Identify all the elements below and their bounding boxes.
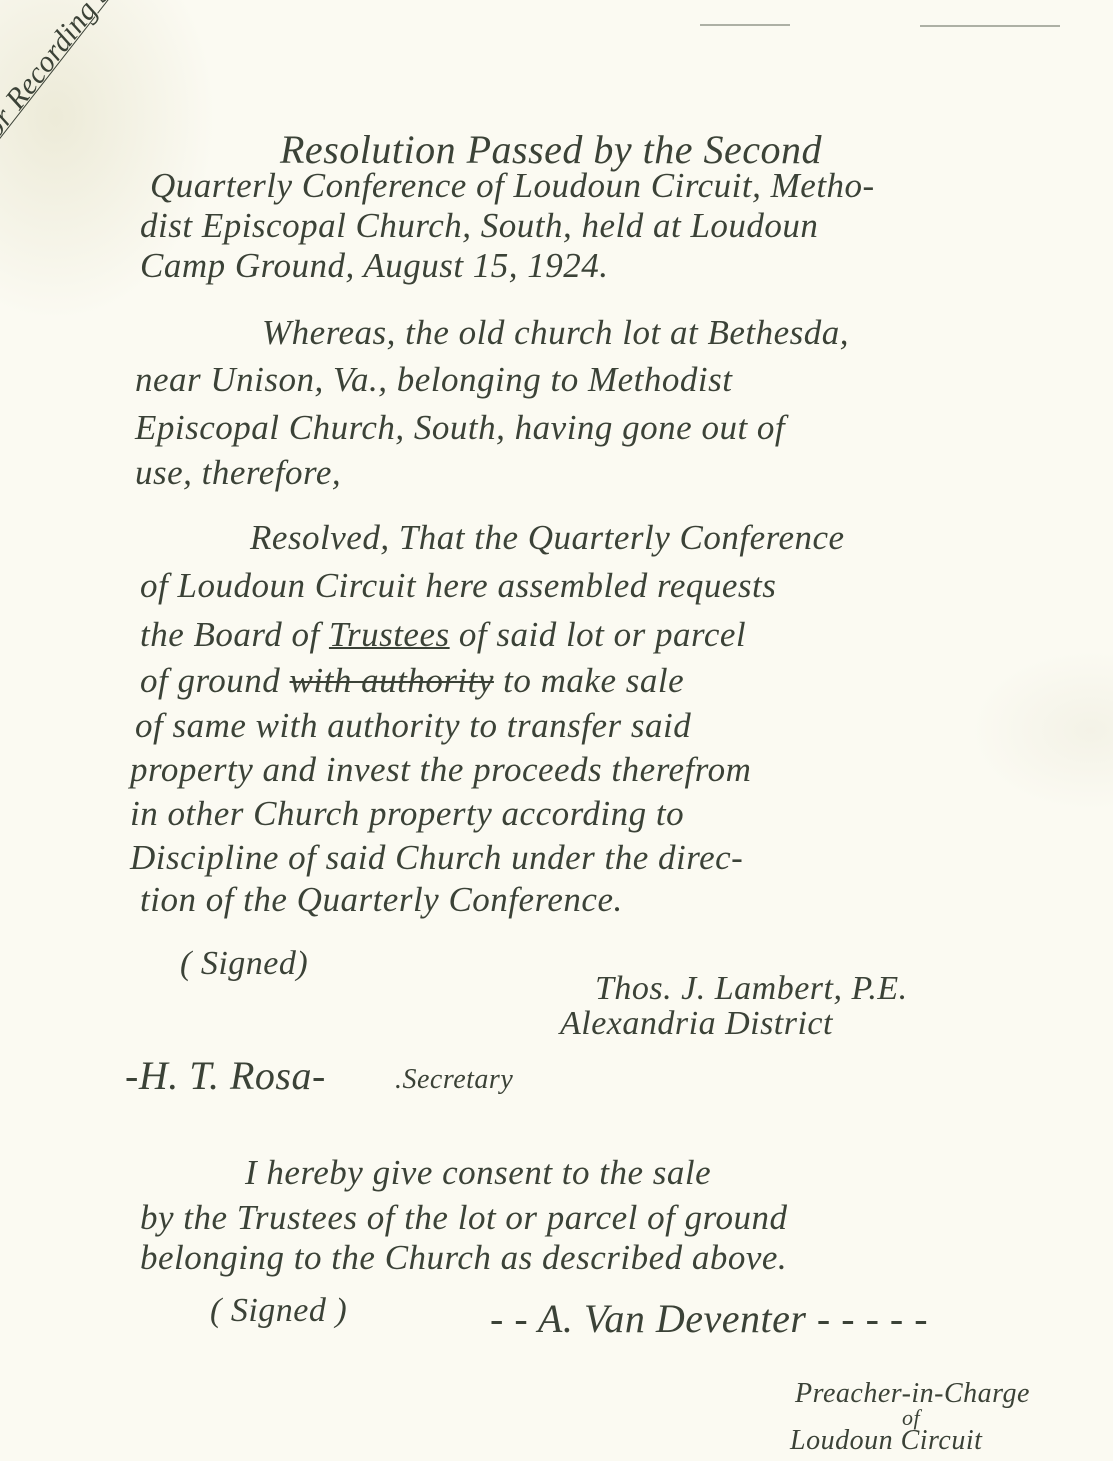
resolved-line-5: of same with authority to transfer said xyxy=(135,708,691,743)
whereas-line-4: use, therefore, xyxy=(135,455,341,490)
preacher-signature: - - A. Van Deventer - - - - - xyxy=(490,1295,928,1342)
whereas-line-2: near Unison, Va., belonging to Methodist xyxy=(135,362,732,397)
resolved-line-1: Resolved, That the Quarterly Conference xyxy=(250,520,845,555)
title-line-4: Camp Ground, August 15, 1924. xyxy=(140,248,609,283)
resolved-line-3b: of said lot or parcel xyxy=(450,615,747,654)
preacher-title-3: Loudoun Circuit xyxy=(790,1425,982,1457)
secretary-title: .Secretary xyxy=(395,1064,513,1096)
title-line-2: Quarterly Conference of Loudoun Circuit,… xyxy=(150,168,875,203)
resolved-line-9: tion of the Quarterly Conference. xyxy=(140,882,623,917)
title-line-3: dist Episcopal Church, South, held at Lo… xyxy=(140,208,818,243)
signed-label-2: ( Signed ) xyxy=(210,1292,347,1330)
signed-label-1: ( Signed) xyxy=(180,945,308,983)
consent-line-3: belonging to the Church as described abo… xyxy=(140,1240,787,1275)
resolved-line-4a: of ground xyxy=(140,661,290,700)
resolved-line-3a: the Board of xyxy=(140,615,329,654)
top-rule-1 xyxy=(700,24,790,26)
resolved-line-3: the Board of Trustees of said lot or par… xyxy=(140,617,746,652)
trustees-underlined: Trustees xyxy=(329,615,450,654)
consent-line-2: by the Trustees of the lot or parcel of … xyxy=(140,1200,787,1235)
struck-through-text: with authority xyxy=(290,661,494,700)
resolved-line-4: of ground with authority to make sale xyxy=(140,663,684,698)
consent-line-1: I hereby give consent to the sale xyxy=(245,1155,711,1190)
resolved-line-8: Discipline of said Church under the dire… xyxy=(130,840,743,875)
resolved-line-6: property and invest the proceeds therefr… xyxy=(130,752,751,787)
presiding-elder-name: Thos. J. Lambert, P.E. xyxy=(595,970,908,1008)
whereas-line-1: Whereas, the old church lot at Bethesda, xyxy=(262,315,849,350)
resolved-line-4b: to make sale xyxy=(494,661,684,700)
top-rule-2 xyxy=(920,25,1060,27)
whereas-line-3: Episcopal Church, South, having gone out… xyxy=(135,410,785,445)
resolved-line-2: of Loudoun Circuit here assembled reques… xyxy=(140,568,776,603)
secretary-name: -H. T. Rosa- xyxy=(125,1052,326,1099)
title-line-1: Resolution Passed by the Second xyxy=(280,130,822,170)
resolved-line-7: in other Church property according to xyxy=(130,796,684,831)
presiding-elder-district: Alexandria District xyxy=(560,1005,833,1043)
